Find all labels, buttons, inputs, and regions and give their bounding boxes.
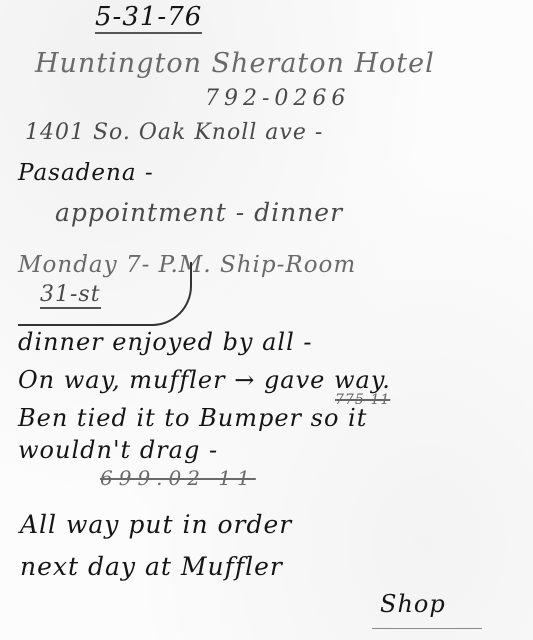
closing-line-3: Shop	[380, 590, 446, 618]
circled-annotation	[18, 262, 192, 326]
closing-underline	[372, 628, 482, 629]
entry-line-4: wouldn't drag -	[18, 436, 218, 464]
closing-line-1: All way put in order	[20, 510, 292, 539]
closing-line-2: next day at Muffler	[20, 552, 283, 581]
hotel-address: 1401 So. Oak Knoll ave -	[25, 120, 323, 145]
crossed-number-2: 699.02 11	[100, 466, 256, 490]
handwritten-note-page: 5-31-76 Huntington Sheraton Hotel 792-02…	[0, 0, 533, 640]
appointment-purpose: appointment - dinner	[55, 198, 343, 227]
note-date: 5-31-76	[95, 2, 202, 34]
entry-line-1: dinner enjoyed by all -	[18, 328, 313, 356]
entry-line-2: On way, muffler → gave way.	[18, 366, 391, 394]
hotel-phone: 792-0266	[205, 86, 350, 111]
hotel-city: Pasadena -	[18, 160, 154, 186]
entry-line-3: Ben tied it to Bumper so it	[18, 404, 367, 432]
hotel-name: Huntington Sheraton Hotel	[35, 48, 435, 79]
